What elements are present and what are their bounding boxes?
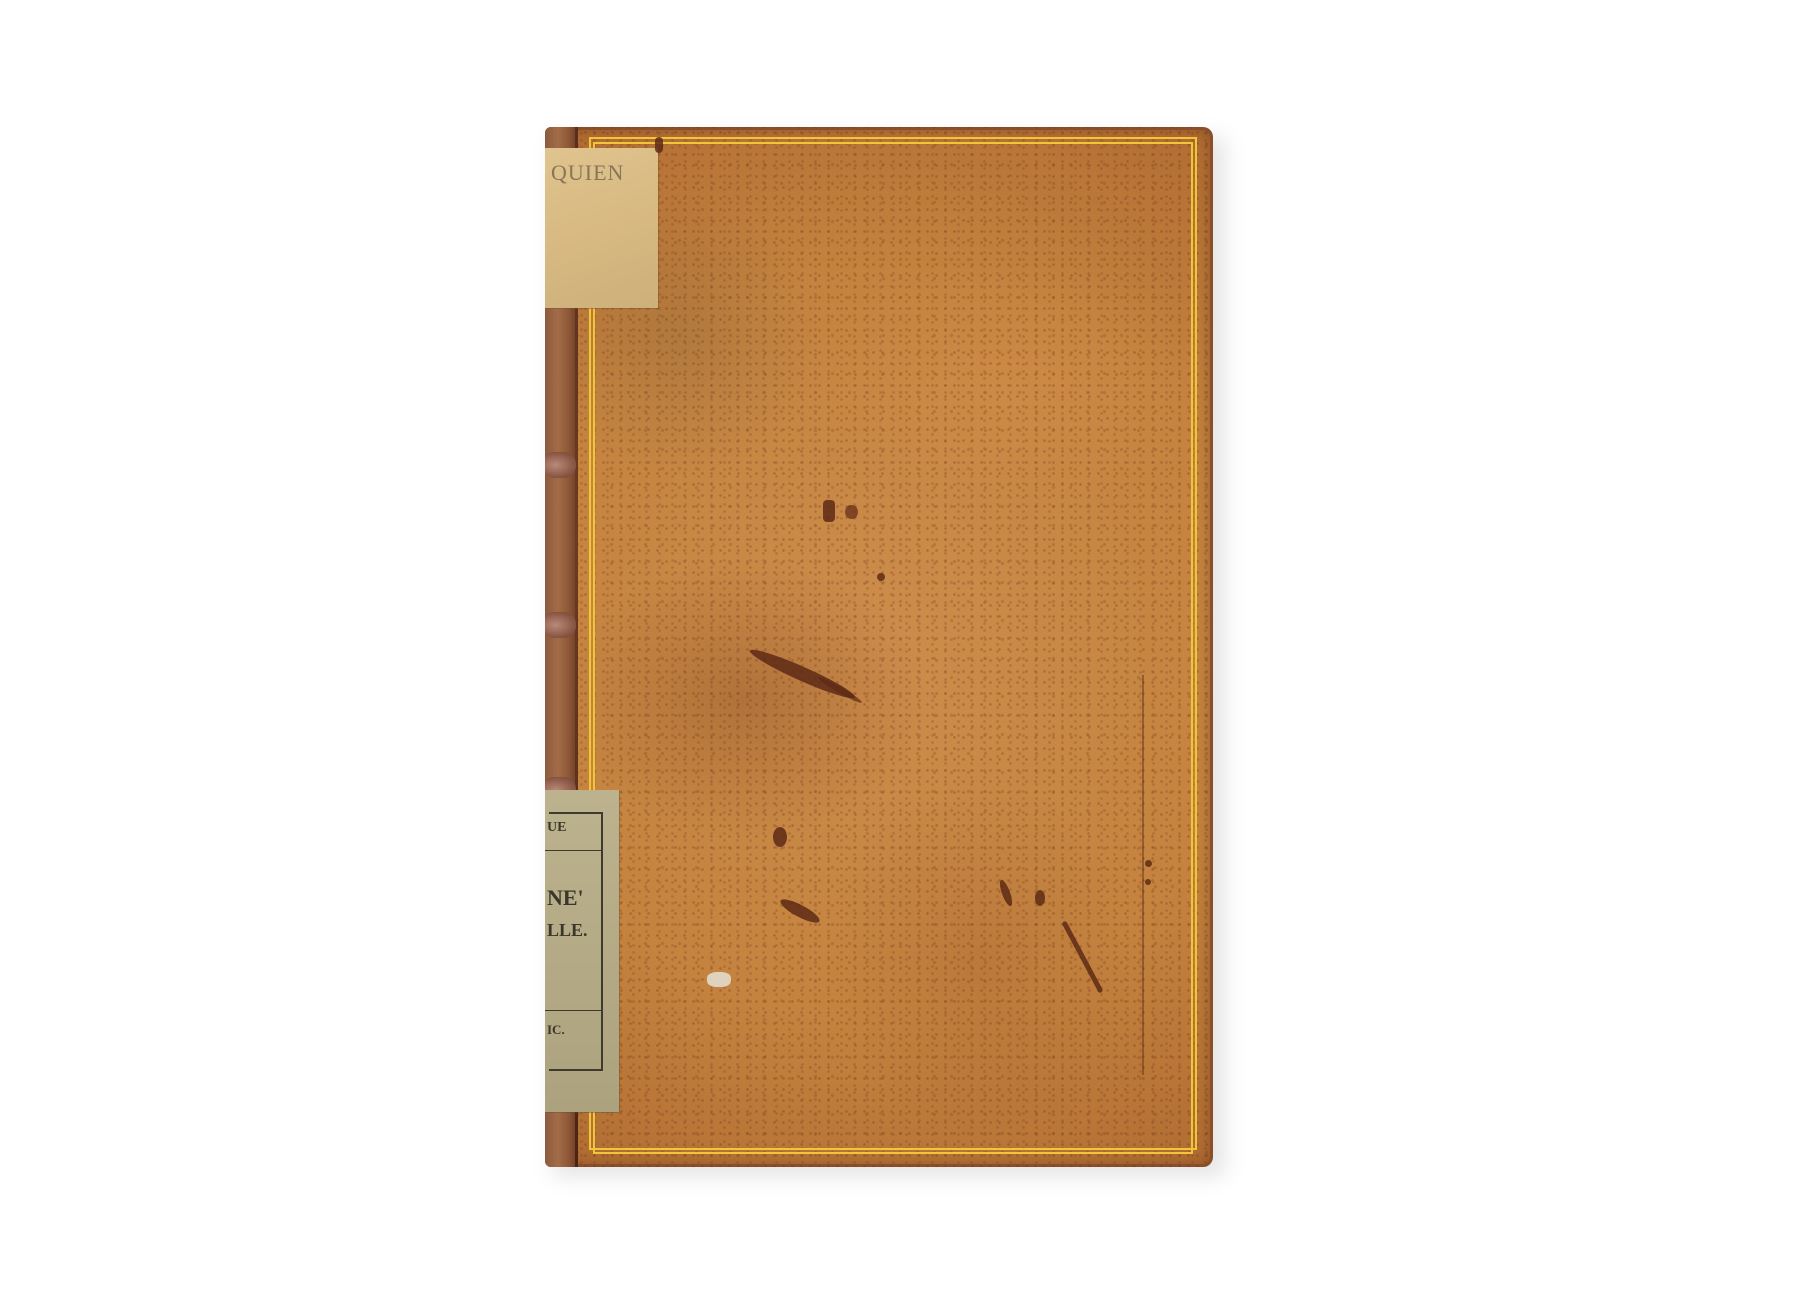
gilt-border-right-outer: [1195, 137, 1197, 1150]
stain-mark: [1145, 860, 1152, 867]
spine-label-bottom: UE NE' LLE. IC.: [545, 790, 619, 1112]
stain-mark: [773, 827, 787, 847]
spine-label-top-text: QUIEN: [551, 160, 624, 186]
gilt-border-top-outer: [589, 137, 1197, 139]
scratch-line: [1142, 675, 1144, 1075]
book-cover: QUIEN UE NE' LLE. IC.: [545, 127, 1213, 1167]
label-rule: [545, 1010, 601, 1011]
stain-mark: [823, 500, 835, 522]
spine-raised-band: [545, 612, 576, 638]
gilt-border-bottom-inner: [593, 1152, 1193, 1154]
stain-mark: [1145, 879, 1151, 885]
stain-mark: [655, 137, 663, 153]
label-line-1: UE: [547, 820, 566, 836]
spine-raised-band: [545, 452, 576, 478]
stain-mark: [877, 573, 885, 581]
label-line-3: LLE.: [547, 920, 588, 941]
label-line-4: IC.: [547, 1022, 565, 1038]
stain-mark: [845, 505, 858, 519]
label-line-2: NE': [547, 885, 584, 911]
gilt-border-top-inner: [593, 142, 1193, 144]
stain-mark: [1035, 890, 1045, 906]
gilt-border-right-inner: [1191, 142, 1193, 1154]
gilt-border-bottom-outer: [589, 1148, 1197, 1150]
label-rule: [545, 850, 601, 851]
spine-label-top: QUIEN: [545, 148, 658, 308]
leather-scuff: [707, 972, 731, 987]
